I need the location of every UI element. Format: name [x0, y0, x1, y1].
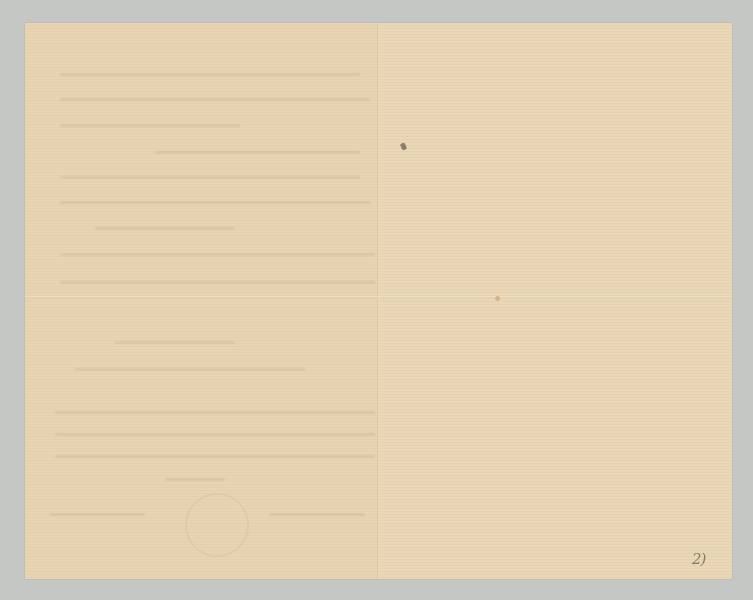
bleed-through-line: [60, 73, 360, 76]
bleed-through-line: [55, 433, 375, 436]
bleed-through-line: [55, 455, 375, 458]
bleed-through-line: [55, 411, 375, 414]
bleed-through-line: [60, 201, 370, 204]
vertical-fold-crease: [377, 23, 379, 579]
bleed-through-line: [60, 176, 360, 179]
letter-sheet: 2): [25, 23, 732, 579]
bleed-through-line: [60, 281, 375, 284]
bleed-through-line: [50, 513, 145, 516]
pencil-page-number: 2): [692, 550, 705, 568]
bleed-through-line: [60, 124, 240, 127]
bleed-through-line: [60, 98, 370, 101]
embossed-seal-mark: [185, 493, 249, 557]
scan-background: 2): [0, 0, 753, 600]
foxing-spot: [495, 296, 500, 301]
bleed-through-line: [60, 253, 375, 256]
bleed-through-line: [270, 513, 365, 516]
bleed-through-line: [95, 227, 235, 230]
bleed-through-line: [155, 151, 360, 154]
bleed-through-line: [115, 341, 235, 344]
bleed-through-line: [75, 368, 305, 371]
bleed-through-line: [165, 478, 225, 481]
right-page: [379, 23, 732, 579]
horizontal-fold-crease: [25, 296, 732, 298]
